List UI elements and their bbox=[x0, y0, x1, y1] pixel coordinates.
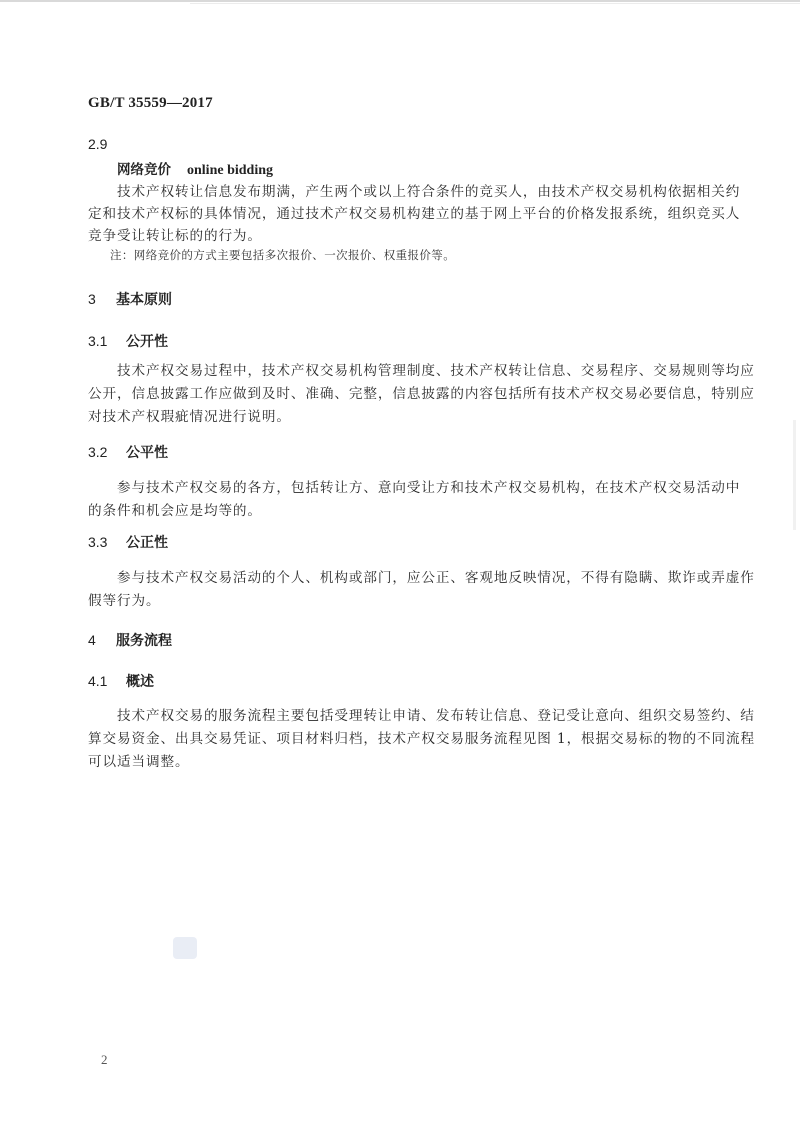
chapter-number: 4 bbox=[88, 632, 116, 648]
section-title: 公开性 bbox=[126, 334, 168, 350]
scan-edge-line bbox=[190, 3, 800, 4]
paragraph-line: 公开，信息披露工作应做到及时、准确、完整，信息披露的内容包括所有技术产权交易必要… bbox=[88, 382, 755, 402]
scan-edge-line bbox=[0, 0, 800, 2]
chapter-number: 3 bbox=[88, 291, 116, 307]
paragraph-line: 技术产权交易过程中，技术产权交易机构管理制度、技术产权转让信息、交易程序、交易规… bbox=[117, 359, 755, 379]
chapter-heading: 3基本原则 bbox=[88, 289, 172, 309]
standard-code-header: GB/T 35559—2017 bbox=[88, 94, 213, 112]
section-number: 3.3 bbox=[88, 534, 126, 550]
paragraph-line: 参与技术产权交易的各方，包括转让方、意向受让方和技术产权交易机构，在技术产权交易… bbox=[117, 476, 740, 496]
section-heading: 3.2公平性 bbox=[88, 442, 168, 462]
scan-artifact bbox=[173, 937, 197, 959]
scan-edge-shadow bbox=[793, 420, 796, 530]
section-number: 3.2 bbox=[88, 444, 126, 460]
term-entry: 网络竞价online bidding bbox=[117, 158, 273, 179]
section-title: 概述 bbox=[126, 674, 154, 690]
paragraph-line: 假等行为。 bbox=[88, 589, 160, 609]
chapter-title: 基本原则 bbox=[116, 292, 172, 308]
paragraph-line: 参与技术产权交易活动的个人、机构或部门，应公正、客观地反映情况，不得有隐瞒、欺诈… bbox=[117, 566, 755, 586]
section-heading: 3.3公正性 bbox=[88, 532, 168, 552]
paragraph-line: 定和技术产权标的具体情况，通过技术产权交易机构建立的基于网上平台的价格发报系统，… bbox=[88, 202, 740, 222]
section-title: 公正性 bbox=[126, 535, 168, 551]
page-number: 2 bbox=[101, 1052, 108, 1068]
paragraph-line: 算交易资金、出具交易凭证、项目材料归档，技术产权交易服务流程见图 1，根据交易标… bbox=[88, 727, 755, 747]
chapter-heading: 4服务流程 bbox=[88, 630, 172, 650]
term-chinese: 网络竞价 bbox=[117, 162, 171, 178]
paragraph-line: 竞争受让转让标的的行为。 bbox=[88, 224, 262, 244]
section-number: 3.1 bbox=[88, 333, 126, 349]
paragraph-line: 技术产权转让信息发布期满，产生两个或以上符合条件的竞买人，由技术产权交易机构依据… bbox=[117, 180, 740, 200]
section-number: 4.1 bbox=[88, 673, 126, 689]
note-text: 注：网络竞价的方式主要包括多次报价、一次报价、权重报价等。 bbox=[110, 247, 455, 263]
section-number-2-9: 2.9 bbox=[88, 136, 107, 152]
section-title: 公平性 bbox=[126, 445, 168, 461]
paragraph-line: 技术产权交易的服务流程主要包括受理转让申请、发布转让信息、登记受让意向、组织交易… bbox=[117, 704, 755, 724]
paragraph-line: 可以适当调整。 bbox=[88, 750, 189, 770]
term-english: online bidding bbox=[187, 163, 273, 178]
paragraph-line: 对技术产权瑕疵情况进行说明。 bbox=[88, 405, 291, 425]
section-heading: 4.1概述 bbox=[88, 671, 154, 691]
paragraph-line: 的条件和机会应是均等的。 bbox=[88, 499, 262, 519]
chapter-title: 服务流程 bbox=[116, 633, 172, 649]
section-heading: 3.1公开性 bbox=[88, 331, 168, 351]
